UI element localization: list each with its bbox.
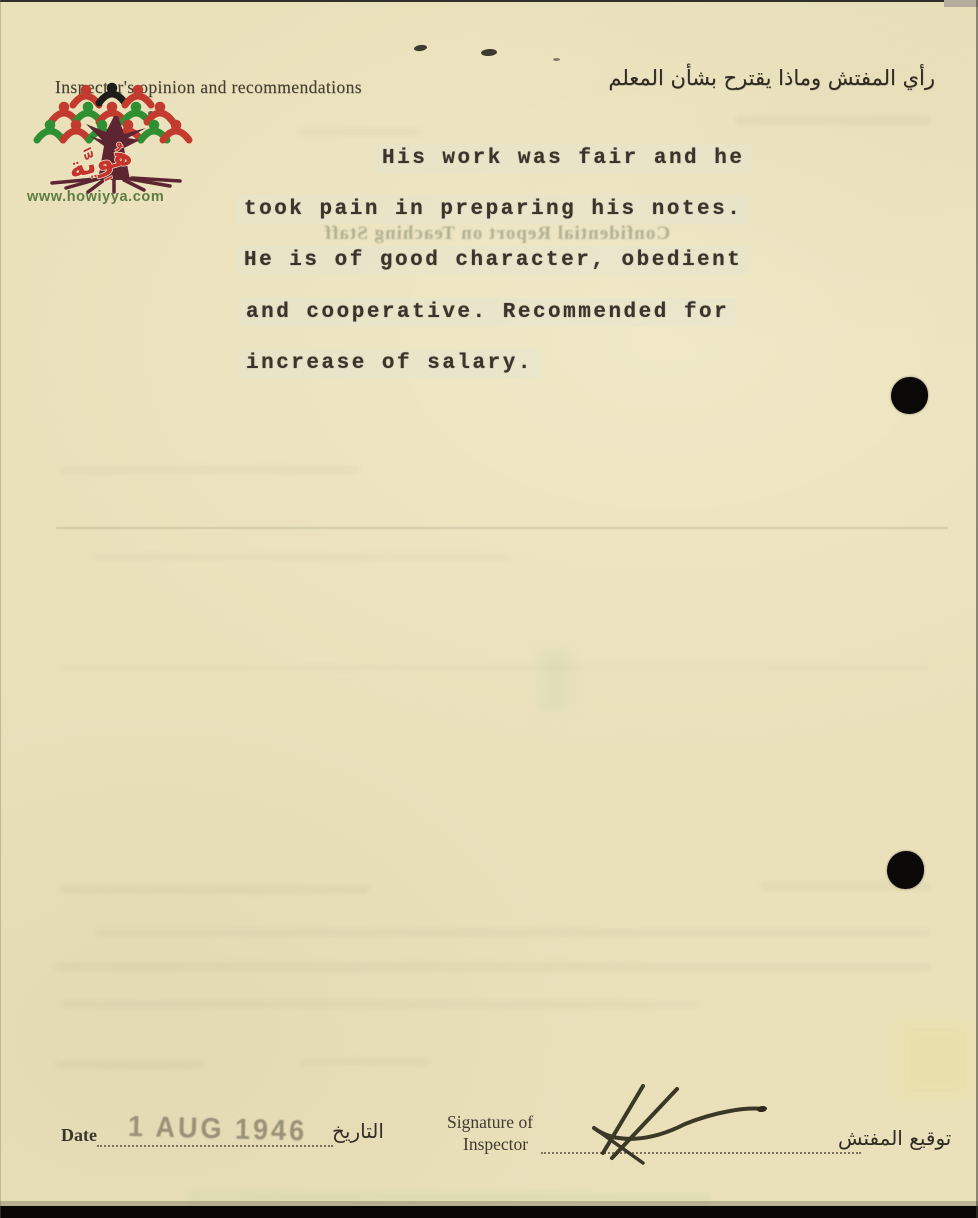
paper-tint-patch (895, 1020, 975, 1100)
page-title-arabic: رأي المفتش وماذا يقترح بشأن المعلم (608, 66, 935, 90)
ghost-rule-line (56, 527, 948, 529)
paper-tint-patch (540, 650, 570, 710)
ghost-bleed-band (60, 664, 930, 671)
logo-website-url: www.howiyya.com (27, 189, 164, 205)
scan-edge-bottom (0, 1206, 978, 1218)
ghost-bleed-band (300, 128, 420, 136)
howiyya-tree-logo-icon: هُوِيَّة (28, 82, 200, 200)
inspector-signature (500, 1072, 790, 1177)
ink-speck (553, 58, 560, 61)
typed-line: His work was fair and he (375, 144, 751, 173)
typed-line: increase of salary. (239, 349, 540, 378)
scan-edge-top (0, 0, 978, 2)
ghost-bleed-band (60, 885, 370, 894)
scan-notch-top-right (944, 0, 978, 7)
date-label-arabic: التاريخ (332, 1119, 384, 1143)
ink-speck (481, 48, 497, 56)
date-stamp: 1 AUG 1946 (128, 1111, 308, 1148)
signature-label-arabic: توقيع المفتش (838, 1126, 951, 1150)
ghost-bleed-band (60, 1000, 700, 1009)
ghost-bleed-band (735, 116, 930, 125)
ink-speck (414, 44, 428, 52)
ghost-bleed-band (55, 1060, 205, 1069)
typed-line: He is of good character, obedient (237, 246, 749, 275)
ghost-bleed-text: Confidential Report on Teaching Staff (248, 223, 746, 245)
typed-line: took pain in preparing his notes. (237, 195, 749, 224)
date-label-english: Date (61, 1125, 97, 1146)
typed-line: and cooperative. Recommended for (239, 298, 736, 327)
ghost-bleed-band (60, 466, 360, 474)
scanned-document-page: Inspector's opinion and recommendations … (0, 0, 978, 1218)
ghost-bleed-band (95, 928, 930, 937)
hole-punch-bottom (887, 851, 924, 889)
scan-edge-left (0, 0, 1, 1218)
ghost-bleed-band (55, 962, 930, 972)
ghost-bleed-band (90, 553, 510, 561)
ghost-bleed-band (300, 1058, 430, 1066)
hole-punch-top (891, 377, 928, 414)
